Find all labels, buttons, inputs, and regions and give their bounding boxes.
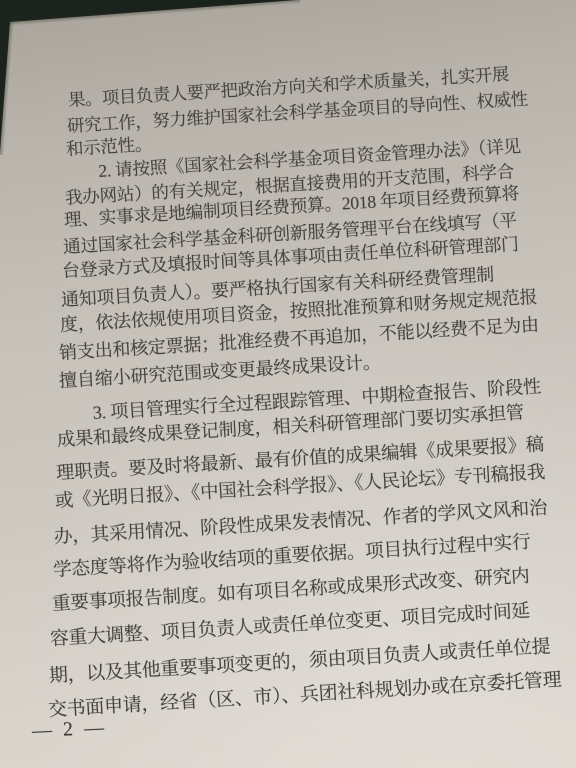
photo-frame: 果。项目负责人要严把政治方向关和学术质量关，扎实开展 研究工作，努力维护国家社会… bbox=[0, 0, 576, 768]
document-page: 果。项目负责人要严把政治方向关和学术质量关，扎实开展 研究工作，努力维护国家社会… bbox=[0, 0, 576, 768]
page-number: — 2 — bbox=[31, 717, 107, 743]
